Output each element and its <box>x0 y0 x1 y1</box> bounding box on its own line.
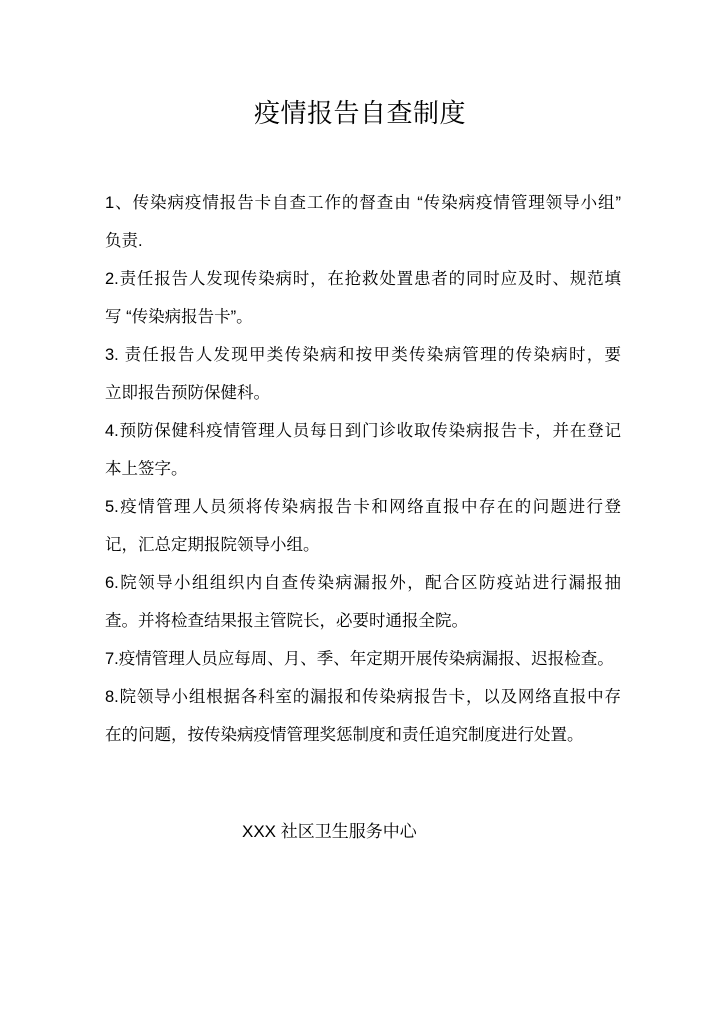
paragraph: 7.疫情管理人员应每周、月、季、年定期开展传染病漏报、迟报检查。 <box>105 640 621 678</box>
paragraph-line: 5.疫情管理人员须将传染病报告卡和网络直报中存在的问题进行登 <box>105 488 621 526</box>
paragraph: 6.院领导小组组织内自查传染病漏报外，配合区防疫站进行漏报抽 查。并将检查结果报… <box>105 564 621 640</box>
paragraph-line: 2.责任报告人发现传染病时，在抢救处置患者的同时应及时、规范填 <box>105 260 621 298</box>
paragraph-line: 查。并将检查结果报主管院长，必要时通报全院。 <box>105 602 621 640</box>
paragraph-line: 6.院领导小组组织内自查传染病漏报外，配合区防疫站进行漏报抽 <box>105 564 621 602</box>
paragraph-line: 立即报告预防保健科。 <box>105 374 621 412</box>
paragraph-line: 1、传染病疫情报告卡自查工作的督查由 “传染病疫情管理领导小组” <box>105 184 621 222</box>
paragraph: 3. 责任报告人发现甲类传染病和按甲类传染病管理的传染病时，要 立即报告预防保健… <box>105 336 621 412</box>
paragraph-line: 7.疫情管理人员应每周、月、季、年定期开展传染病漏报、迟报检查。 <box>105 640 621 678</box>
paragraph-line: 负责. <box>105 222 621 260</box>
paragraph: 5.疫情管理人员须将传染病报告卡和网络直报中存在的问题进行登 记，汇总定期报院领… <box>105 488 621 564</box>
paragraph-line: 8.院领导小组根据各科室的漏报和传染病报告卡，以及网络直报中存 <box>105 678 621 716</box>
signature-line: XXX 社区卫生服务中心 <box>242 820 720 844</box>
paragraph-line: 本上签字。 <box>105 450 621 488</box>
document-page: 疫情报告自查制度 1、传染病疫情报告卡自查工作的督查由 “传染病疫情管理领导小组… <box>0 0 720 1020</box>
paragraph-line: 4.预防保健科疫情管理人员每日到门诊收取传染病报告卡，并在登记 <box>105 412 621 450</box>
paragraph: 2.责任报告人发现传染病时，在抢救处置患者的同时应及时、规范填 写 “传染病报告… <box>105 260 621 336</box>
paragraph: 8.院领导小组根据各科室的漏报和传染病报告卡，以及网络直报中存 在的问题，按传染… <box>105 678 621 754</box>
paragraph-line: 在的问题，按传染病疫情管理奖惩制度和责任追究制度进行处置。 <box>105 716 621 754</box>
paragraph: 4.预防保健科疫情管理人员每日到门诊收取传染病报告卡，并在登记 本上签字。 <box>105 412 621 488</box>
document-title: 疫情报告自查制度 <box>0 0 720 133</box>
paragraph-line: 记，汇总定期报院领导小组。 <box>105 526 621 564</box>
document-body: 1、传染病疫情报告卡自查工作的督查由 “传染病疫情管理领导小组” 负责. 2.责… <box>105 184 621 754</box>
paragraph: 1、传染病疫情报告卡自查工作的督查由 “传染病疫情管理领导小组” 负责. <box>105 184 621 260</box>
paragraph-line: 3. 责任报告人发现甲类传染病和按甲类传染病管理的传染病时，要 <box>105 336 621 374</box>
paragraph-line: 写 “传染病报告卡”。 <box>105 298 621 336</box>
